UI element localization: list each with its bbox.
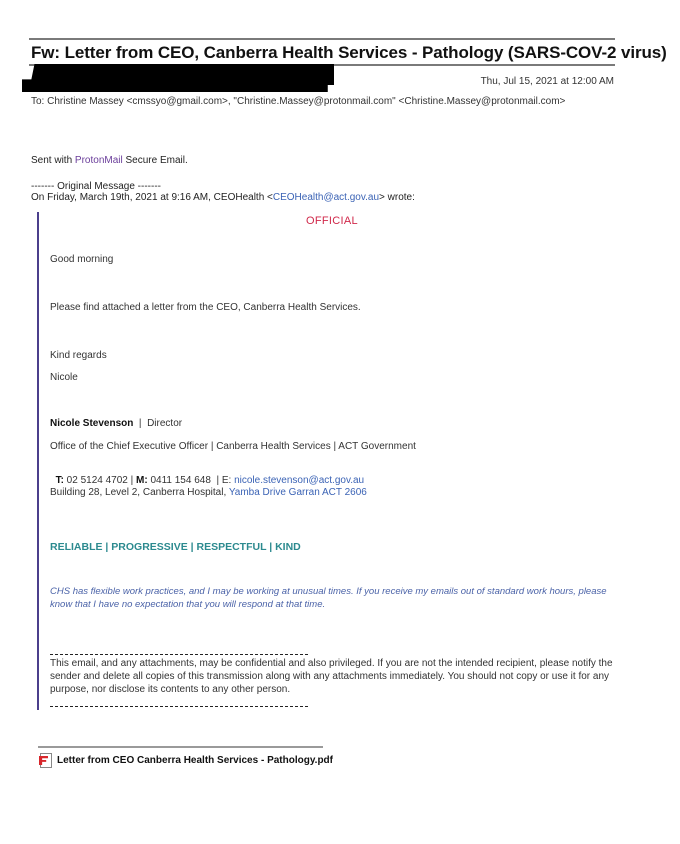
attachment-filename[interactable]: Letter from CEO Canberra Health Services… — [57, 755, 333, 766]
disclaimer-bottom-divider — [50, 706, 308, 707]
attribution-suffix: > wrote: — [379, 192, 415, 203]
closing: Kind regards — [50, 350, 107, 361]
quote-border — [37, 212, 39, 710]
flexible-work-note: CHS has flexible work practices, and I m… — [50, 586, 620, 611]
protonmail-link[interactable]: ProtonMail — [75, 155, 123, 166]
mobile-label: M: — [136, 475, 148, 486]
disclaimer-top-divider — [50, 654, 308, 655]
signature-title: Director — [147, 418, 182, 429]
sent-with-prefix: Sent with — [31, 155, 75, 166]
body-text: Please find attached a letter from the C… — [50, 302, 361, 313]
confidentiality-disclaimer: This email, and any attachments, may be … — [50, 658, 625, 696]
pdf-icon — [39, 753, 52, 767]
email-date: Thu, Jul 15, 2021 at 12:00 AM — [481, 76, 614, 87]
ceohealth-email-link[interactable]: CEOHealth@act.gov.au — [273, 192, 379, 203]
greeting: Good morning — [50, 254, 113, 265]
subject-top-rule — [29, 38, 615, 40]
first-name: Nicole — [50, 372, 78, 383]
classification-label: OFFICIAL — [306, 215, 358, 227]
original-message-header: ------- Original Message ------- — [31, 181, 161, 192]
signature-address: Building 28, Level 2, Canberra Hospital,… — [50, 487, 367, 498]
attachment-divider — [38, 746, 323, 748]
address-link[interactable]: Yamba Drive Garran ACT 2606 — [229, 487, 367, 498]
recipients-line: To: Christine Massey <cmssyo@gmail.com>,… — [31, 96, 565, 107]
signature-name: Nicole Stevenson — [50, 418, 133, 429]
signature-name-line: Nicole Stevenson | Director — [50, 418, 182, 429]
address-prefix: Building 28, Level 2, Canberra Hospital, — [50, 487, 229, 498]
sent-with-suffix: Secure Email. — [123, 155, 188, 166]
signature-email-link[interactable]: nicole.stevenson@act.gov.au — [234, 475, 364, 486]
attribution-prefix: On Friday, March 19th, 2021 at 9:16 AM, … — [31, 192, 273, 203]
sent-with-line: Sent with ProtonMail Secure Email. — [31, 155, 188, 166]
signature-sep: | — [133, 418, 147, 429]
signature-contact: T: 02 5124 4702 | M: 0411 154 648 | E: n… — [50, 464, 364, 486]
phone-number: 02 5124 4702 | — [64, 475, 136, 486]
phone-label: T: — [56, 475, 64, 486]
redacted-sender — [22, 64, 334, 92]
original-message-attribution: On Friday, March 19th, 2021 at 9:16 AM, … — [31, 192, 415, 203]
attachment-item[interactable]: Letter from CEO Canberra Health Services… — [39, 753, 333, 767]
organisation-values: RELIABLE | PROGRESSIVE | RESPECTFUL | KI… — [50, 541, 301, 553]
email-subject: Fw: Letter from CEO, Canberra Health Ser… — [31, 43, 667, 63]
signature-office: Office of the Chief Executive Officer | … — [50, 441, 416, 452]
mobile-number: 0411 154 648 | E: — [148, 475, 234, 486]
